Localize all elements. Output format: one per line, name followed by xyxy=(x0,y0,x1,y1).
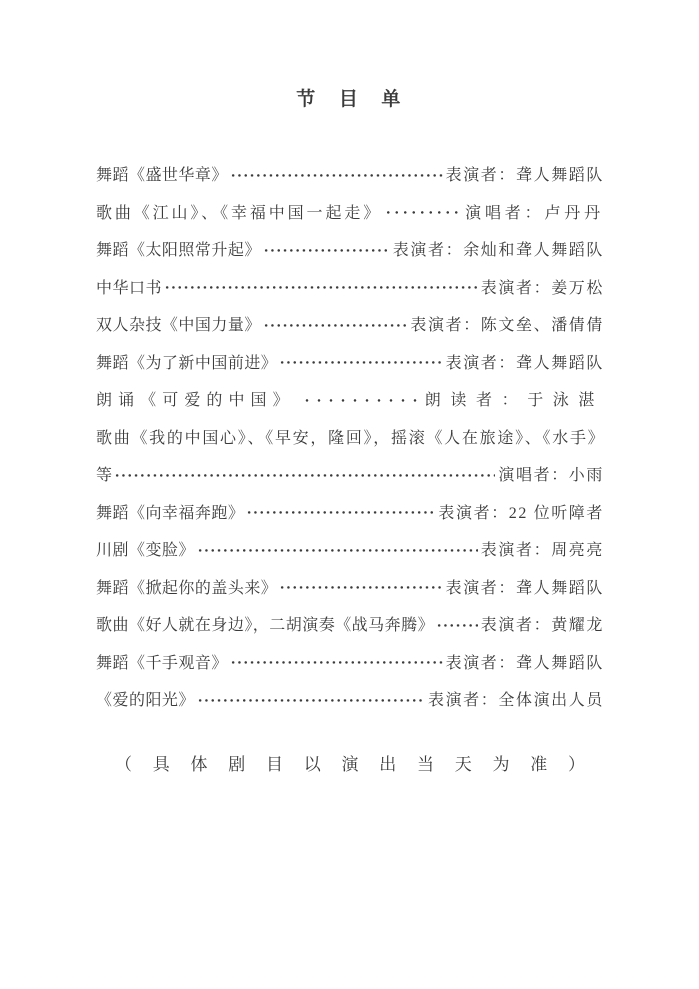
performer-label: 表演者：姜万松 xyxy=(481,275,604,298)
program-item-title: 等 xyxy=(96,462,112,485)
program-line: 川剧《变脸》 表演者：周亮亮 xyxy=(96,530,604,568)
program-line: 双人杂技《中国力量》 表演者：陈文垒、潘倩倩 xyxy=(96,305,604,343)
program-line: 舞蹈《为了新中国前进》 表演者：聋人舞蹈队 xyxy=(96,343,604,381)
dot-leader xyxy=(263,316,408,332)
program-item-title: 《爱的阳光》 xyxy=(96,687,195,710)
program-item-title: 川剧《变脸》 xyxy=(96,537,195,560)
program-item-title: 舞蹈《掀起你的盖头来》 xyxy=(96,575,277,598)
program-line: 舞蹈《向幸福奔跑》 表演者：22 位听障者 xyxy=(96,493,604,531)
program-item-title: 舞蹈《向幸福奔跑》 xyxy=(96,500,244,523)
program-item-title: 舞蹈《为了新中国前进》 xyxy=(96,350,277,373)
dot-leader xyxy=(164,278,478,294)
program-item-title: 舞蹈《盛世华章》 xyxy=(96,162,228,185)
dot-leader xyxy=(279,353,442,369)
performer-label: 表演者：聋人舞蹈队 xyxy=(446,650,604,673)
dot-leader xyxy=(197,691,425,707)
program-line: 舞蹈《盛世华章》 表演者：聋人舞蹈队 xyxy=(96,155,604,193)
performer-label: 表演者：22 位听障者 xyxy=(438,500,604,523)
program-item-title: 歌曲《好人就在身边》，二胡演奏《战马奔腾》 xyxy=(96,612,434,635)
program-line: 朗诵《可爱的中国》 朗读者：于泳湛 xyxy=(96,380,604,418)
performer-label: 朗读者：于泳湛 xyxy=(425,387,604,410)
performer-label: 表演者：黄耀龙 xyxy=(481,612,604,635)
program-item-title: 双人杂技《中国力量》 xyxy=(96,312,261,335)
dot-leader xyxy=(230,653,443,669)
program-list: 舞蹈《盛世华章》 表演者：聋人舞蹈队 歌曲《江山》、《幸福中国一起走》 演唱者：… xyxy=(96,155,604,718)
performer-label: 表演者：陈文垒、潘倩倩 xyxy=(410,312,604,335)
dot-leader xyxy=(230,166,443,182)
dot-leader xyxy=(436,616,478,632)
program-line: 舞蹈《千手观音》 表演者：聋人舞蹈队 xyxy=(96,643,604,681)
program-item-title: 中华口书 xyxy=(96,275,162,298)
program-line: 歌曲《我的中国心》、《早安，隆回》，摇滚《人在旅途》、《水手》 xyxy=(96,418,604,456)
program-item-title: 朗诵《可爱的中国》 xyxy=(96,387,295,410)
program-line: 《爱的阳光》 表演者：全体演出人员 xyxy=(96,680,604,718)
dot-leader xyxy=(384,203,462,219)
dot-leader xyxy=(301,391,419,407)
performer-label: 演唱者：卢丹丹 xyxy=(465,200,604,223)
dot-leader xyxy=(197,541,478,557)
document-page: 节 目 单 舞蹈《盛世华章》 表演者：聋人舞蹈队 歌曲《江山》、《幸福中国一起走… xyxy=(0,0,699,989)
footer-note: （ 具 体 剧 目 以 演 出 当 天 为 准 ） xyxy=(115,753,585,777)
performer-label: 演唱者：小雨 xyxy=(498,462,604,485)
performer-label: 表演者：全体演出人员 xyxy=(428,687,604,710)
dot-leader xyxy=(279,578,442,594)
dot-leader xyxy=(114,466,495,482)
dot-leader xyxy=(263,241,390,257)
performer-label: 表演者：聋人舞蹈队 xyxy=(446,575,604,598)
performer-label: 表演者：聋人舞蹈队 xyxy=(446,162,604,185)
program-item-title: 舞蹈《千手观音》 xyxy=(96,650,228,673)
performer-label: 表演者：周亮亮 xyxy=(481,537,604,560)
program-item-title: 歌曲《江山》、《幸福中国一起走》 xyxy=(96,200,382,223)
program-line: 歌曲《好人就在身边》，二胡演奏《战马奔腾》 表演者：黄耀龙 xyxy=(96,605,604,643)
program-item-title: 舞蹈《太阳照常升起》 xyxy=(96,237,261,260)
program-line: 舞蹈《太阳照常升起》 表演者：余灿和聋人舞蹈队 xyxy=(96,230,604,268)
program-line: 舞蹈《掀起你的盖头来》 表演者：聋人舞蹈队 xyxy=(96,568,604,606)
performer-label: 表演者：余灿和聋人舞蹈队 xyxy=(393,237,604,260)
dot-leader xyxy=(246,503,435,519)
program-line: 歌曲《江山》、《幸福中国一起走》 演唱者：卢丹丹 xyxy=(96,193,604,231)
program-line: 中华口书 表演者：姜万松 xyxy=(96,268,604,306)
program-line: 等 演唱者：小雨 xyxy=(96,455,604,493)
page-title: 节 目 单 xyxy=(0,84,699,111)
performer-label: 表演者：聋人舞蹈队 xyxy=(446,350,604,373)
program-item-title: 歌曲《我的中国心》、《早安，隆回》，摇滚《人在旅途》、《水手》 xyxy=(96,425,604,448)
